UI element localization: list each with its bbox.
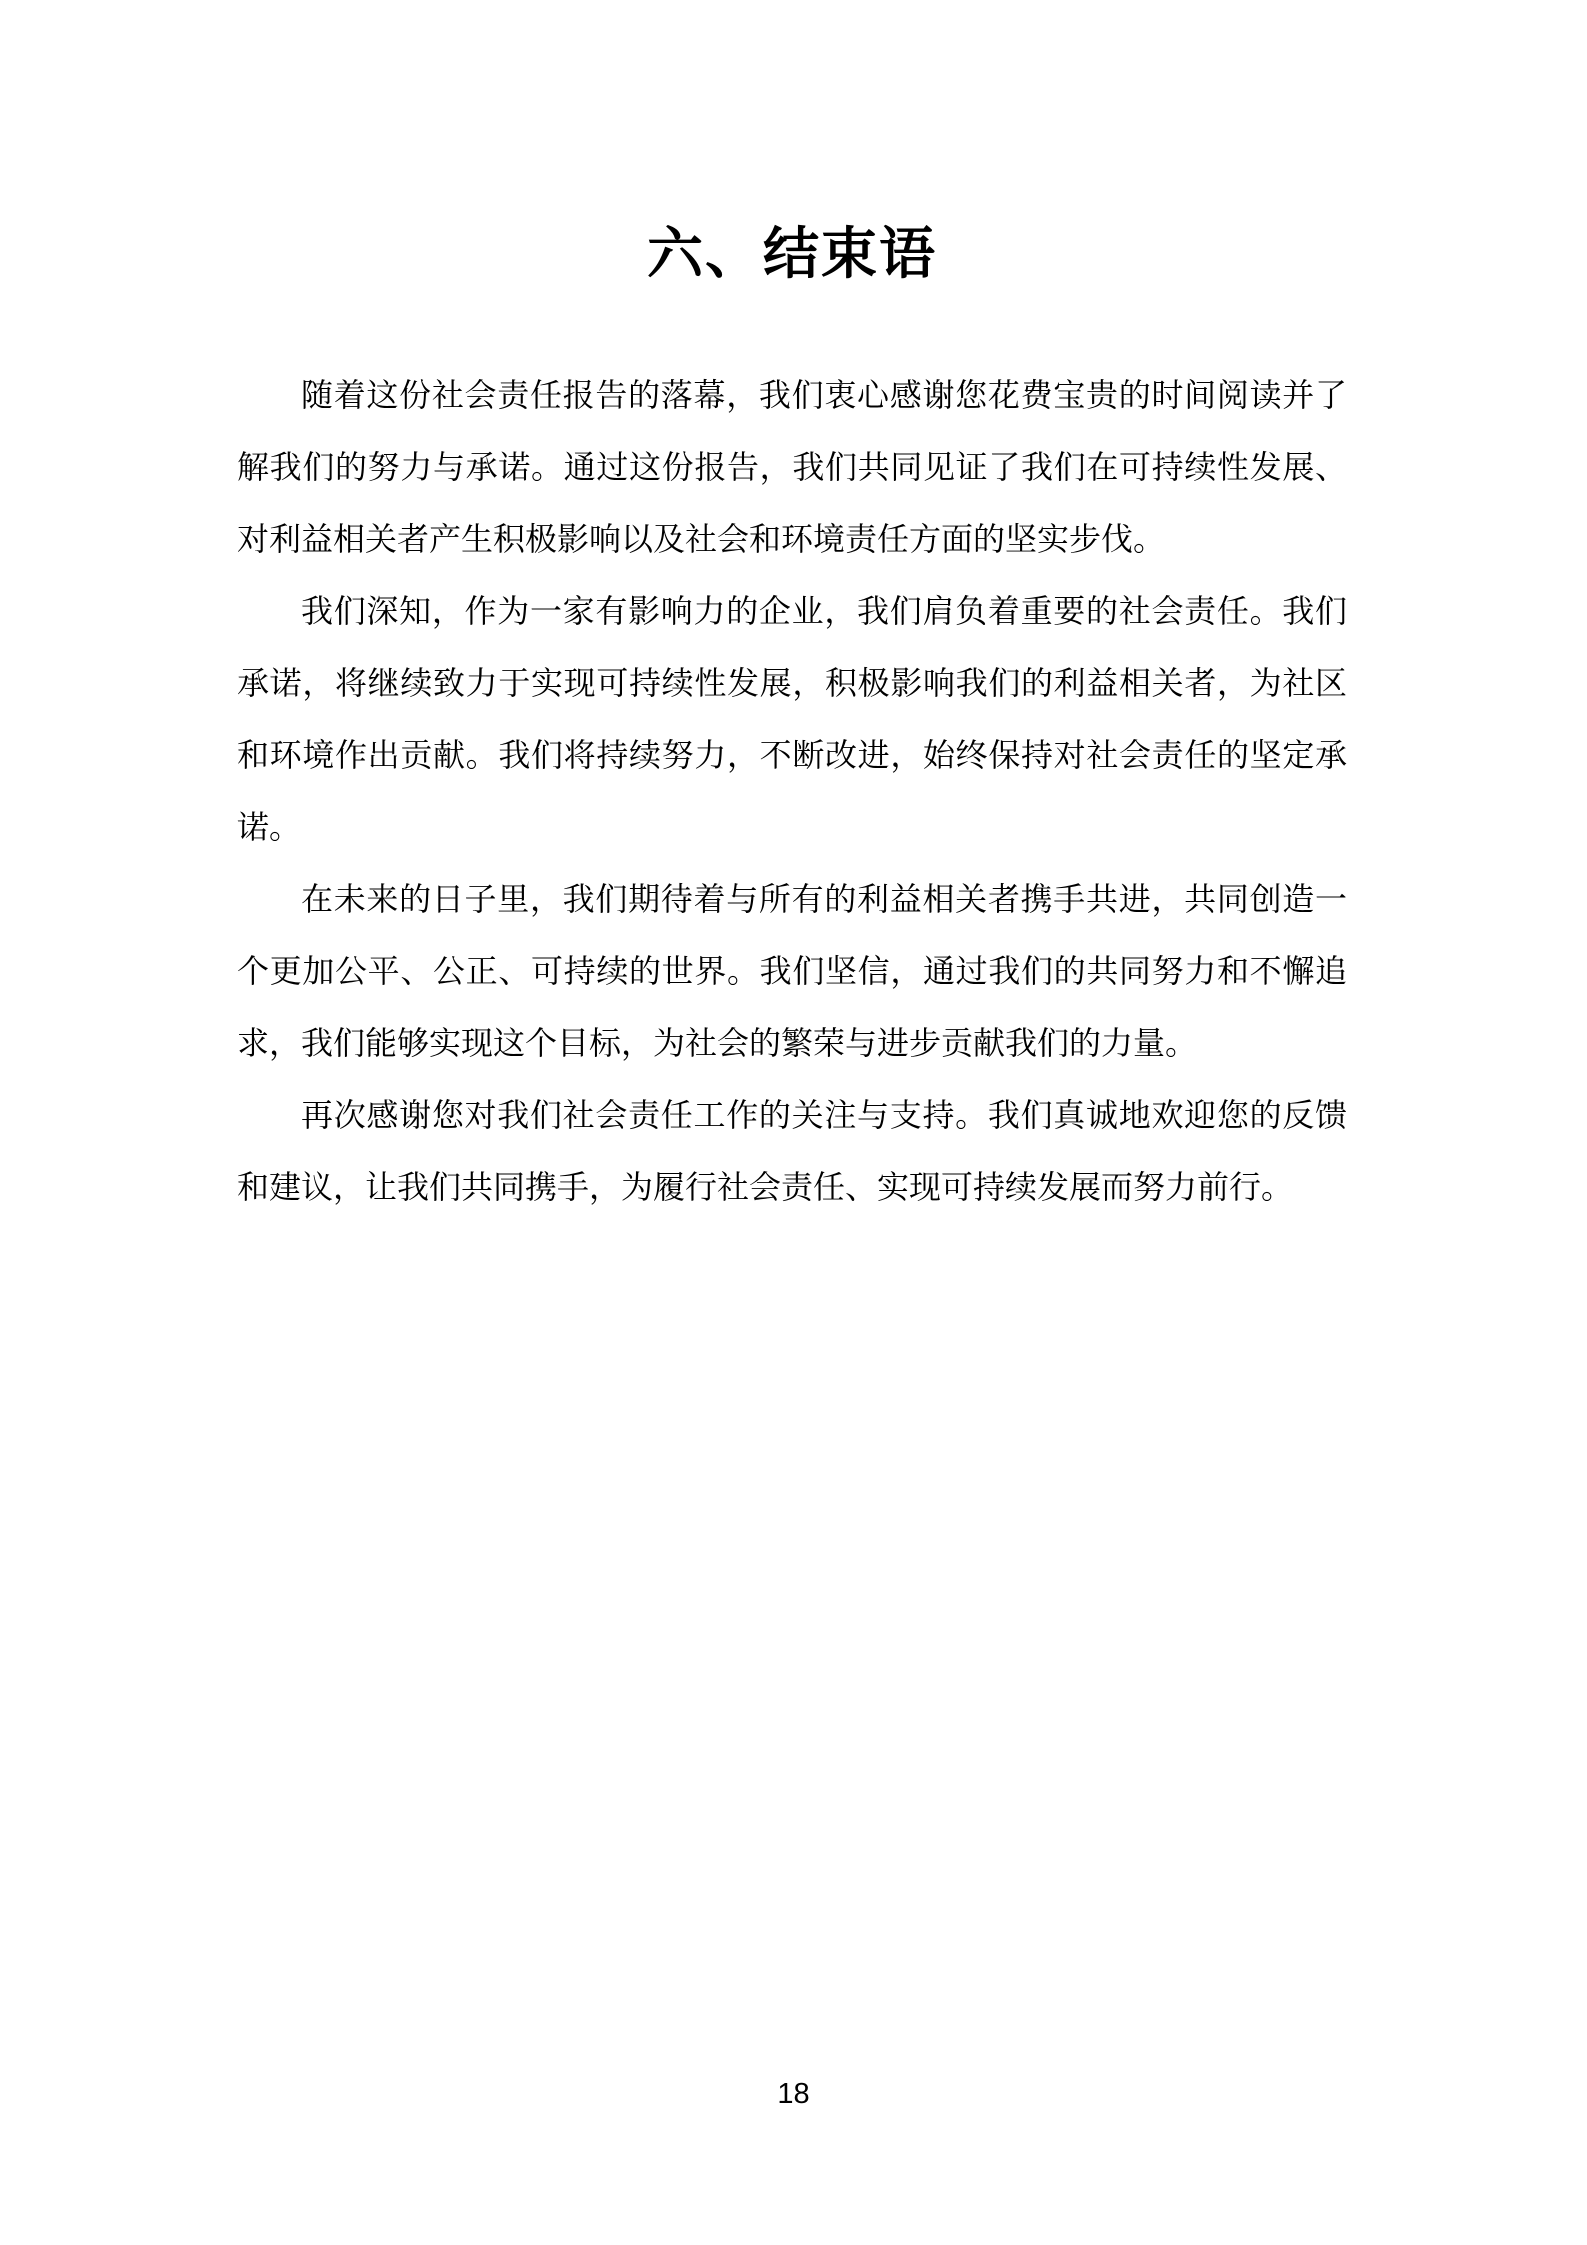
- paragraph-2: 我们深知，作为一家有影响力的企业，我们肩负着重要的社会责任。我们承诺，将继续致力…: [237, 575, 1347, 863]
- page-number: 18: [0, 2078, 1587, 2111]
- paragraph-1: 随着这份社会责任报告的落幕，我们衷心感谢您花费宝贵的时间阅读并了解我们的努力与承…: [237, 359, 1347, 575]
- paragraph-3: 在未来的日子里，我们期待着与所有的利益相关者携手共进，共同创造一个更加公平、公正…: [237, 863, 1347, 1079]
- section-title: 六、结束语: [237, 0, 1347, 289]
- body-text: 随着这份社会责任报告的落幕，我们衷心感谢您花费宝贵的时间阅读并了解我们的努力与承…: [237, 359, 1347, 1223]
- document-page: 六、结束语 随着这份社会责任报告的落幕，我们衷心感谢您花费宝贵的时间阅读并了解我…: [0, 0, 1587, 2245]
- paragraph-4: 再次感谢您对我们社会责任工作的关注与支持。我们真诚地欢迎您的反馈和建议，让我们共…: [237, 1079, 1347, 1223]
